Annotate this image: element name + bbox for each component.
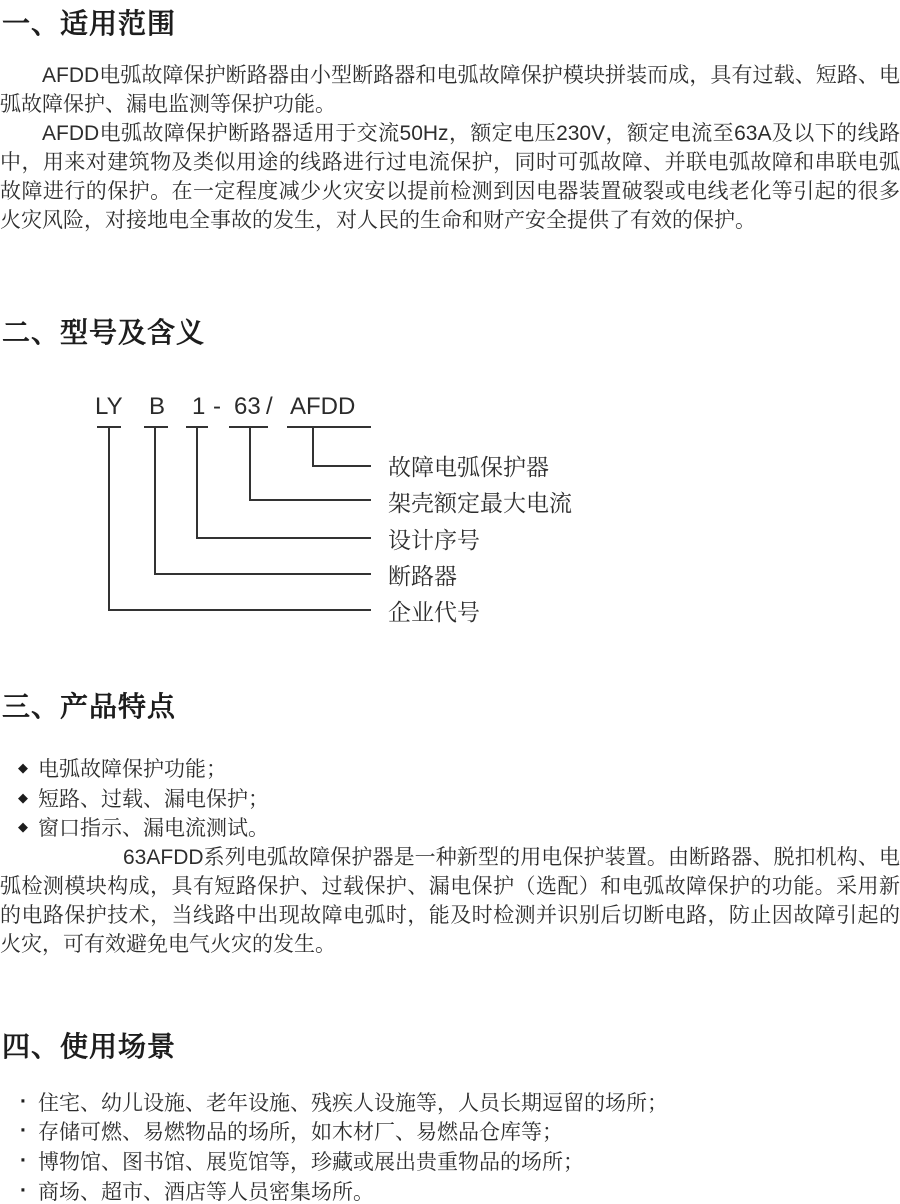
document-page: 一、适用范围 AFDD电弧故障保护断路器由小型断路器和电弧故障保护模块拼装而成，… [0, 0, 900, 1204]
scenario-item-label: 住宅、幼儿设施、老年设施、残疾人设施等，人员长期逗留的场所； [38, 1087, 668, 1117]
section-features-heading: 三、产品特点 [2, 685, 176, 725]
feature-item-label: 窗口指示、漏电流测试。 [38, 812, 269, 842]
model-label-breaker: 断路器 [388, 564, 457, 589]
model-code-design: 1 [192, 393, 205, 421]
scenario-item-label: 博物馆、图书馆、展览馆等，珍藏或展出贵重物品的场所； [38, 1146, 584, 1176]
connector-horizontal-company [108, 609, 371, 611]
section-model-heading: 二、型号及含义 [2, 311, 205, 351]
section-scenarios-heading: 四、使用场景 [2, 1025, 176, 1065]
connector-horizontal-current [249, 499, 371, 501]
dot-bullet-icon: · [20, 1149, 38, 1173]
features-bullet-list: ◆ 电弧故障保护功能； ◆ 短路、过载、漏电保护； ◆ 窗口指示、漏电流测试。 [18, 753, 269, 842]
feature-item: ◆ 窗口指示、漏电流测试。 [18, 812, 269, 842]
connector-horizontal-breaker [154, 573, 371, 575]
connector-vertical-design [196, 426, 198, 539]
model-code-current: 63 [234, 393, 261, 421]
section-scope-heading: 一、适用范围 [2, 2, 176, 42]
dot-bullet-icon: · [20, 1179, 38, 1203]
feature-item-label: 短路、过载、漏电保护； [38, 783, 269, 813]
scenario-item-label: 存储可燃、易燃物品的场所，如木材厂、易燃品仓库等； [38, 1116, 563, 1146]
feature-item-label: 电弧故障保护功能； [38, 753, 227, 783]
model-label-design: 设计序号 [388, 528, 480, 553]
connector-vertical-afdd [312, 426, 314, 467]
features-paragraph: 63AFDD系列电弧故障保护器是一种新型的用电保护装置。由断路器、脱扣机构、电弧… [0, 843, 900, 959]
model-label-afdd: 故障电弧保护器 [388, 455, 549, 480]
scenario-item: · 存储可燃、易燃物品的场所，如木材厂、易燃品仓库等； [20, 1117, 668, 1147]
model-label-company: 企业代号 [388, 600, 480, 625]
model-code-slash: / [266, 393, 273, 421]
scope-paragraph-1: AFDD电弧故障保护断路器由小型断路器和电弧故障保护模块拼装而成，具有过载、短路… [0, 61, 900, 119]
scenario-item: · 博物馆、图书馆、展览馆等，珍藏或展出贵重物品的场所； [20, 1146, 668, 1176]
scenarios-bullet-list: · 住宅、幼儿设施、老年设施、残疾人设施等，人员长期逗留的场所； · 存储可燃、… [20, 1087, 668, 1204]
model-underline-afdd [287, 426, 371, 428]
dot-bullet-icon: · [20, 1090, 38, 1114]
scenario-item: · 住宅、幼儿设施、老年设施、残疾人设施等，人员长期逗留的场所； [20, 1087, 668, 1117]
connector-vertical-company [108, 426, 110, 611]
scope-paragraph-2: AFDD电弧故障保护断路器适用于交流50Hz，额定电压230V，额定电流至63A… [0, 119, 900, 235]
model-code-dash: - [213, 393, 221, 421]
feature-item: ◆ 短路、过载、漏电保护； [18, 783, 269, 813]
diamond-bullet-icon: ◆ [18, 790, 38, 806]
dot-bullet-icon: · [20, 1119, 38, 1143]
model-label-current: 架壳额定最大电流 [388, 491, 572, 516]
model-code-breaker: B [149, 393, 165, 421]
diamond-bullet-icon: ◆ [18, 760, 38, 776]
diamond-bullet-icon: ◆ [18, 819, 38, 835]
model-code-company: LY [95, 393, 123, 421]
connector-horizontal-afdd [312, 465, 371, 467]
model-code-afdd: AFDD [290, 393, 355, 421]
connector-vertical-current [249, 426, 251, 501]
model-underline-breaker [144, 426, 168, 428]
connector-horizontal-design [196, 537, 371, 539]
scenario-item-label: 商场、超市、酒店等人员密集场所。 [38, 1176, 374, 1204]
scenario-item: · 商场、超市、酒店等人员密集场所。 [20, 1176, 668, 1204]
feature-item: ◆ 电弧故障保护功能； [18, 753, 269, 783]
connector-vertical-breaker [154, 426, 156, 575]
